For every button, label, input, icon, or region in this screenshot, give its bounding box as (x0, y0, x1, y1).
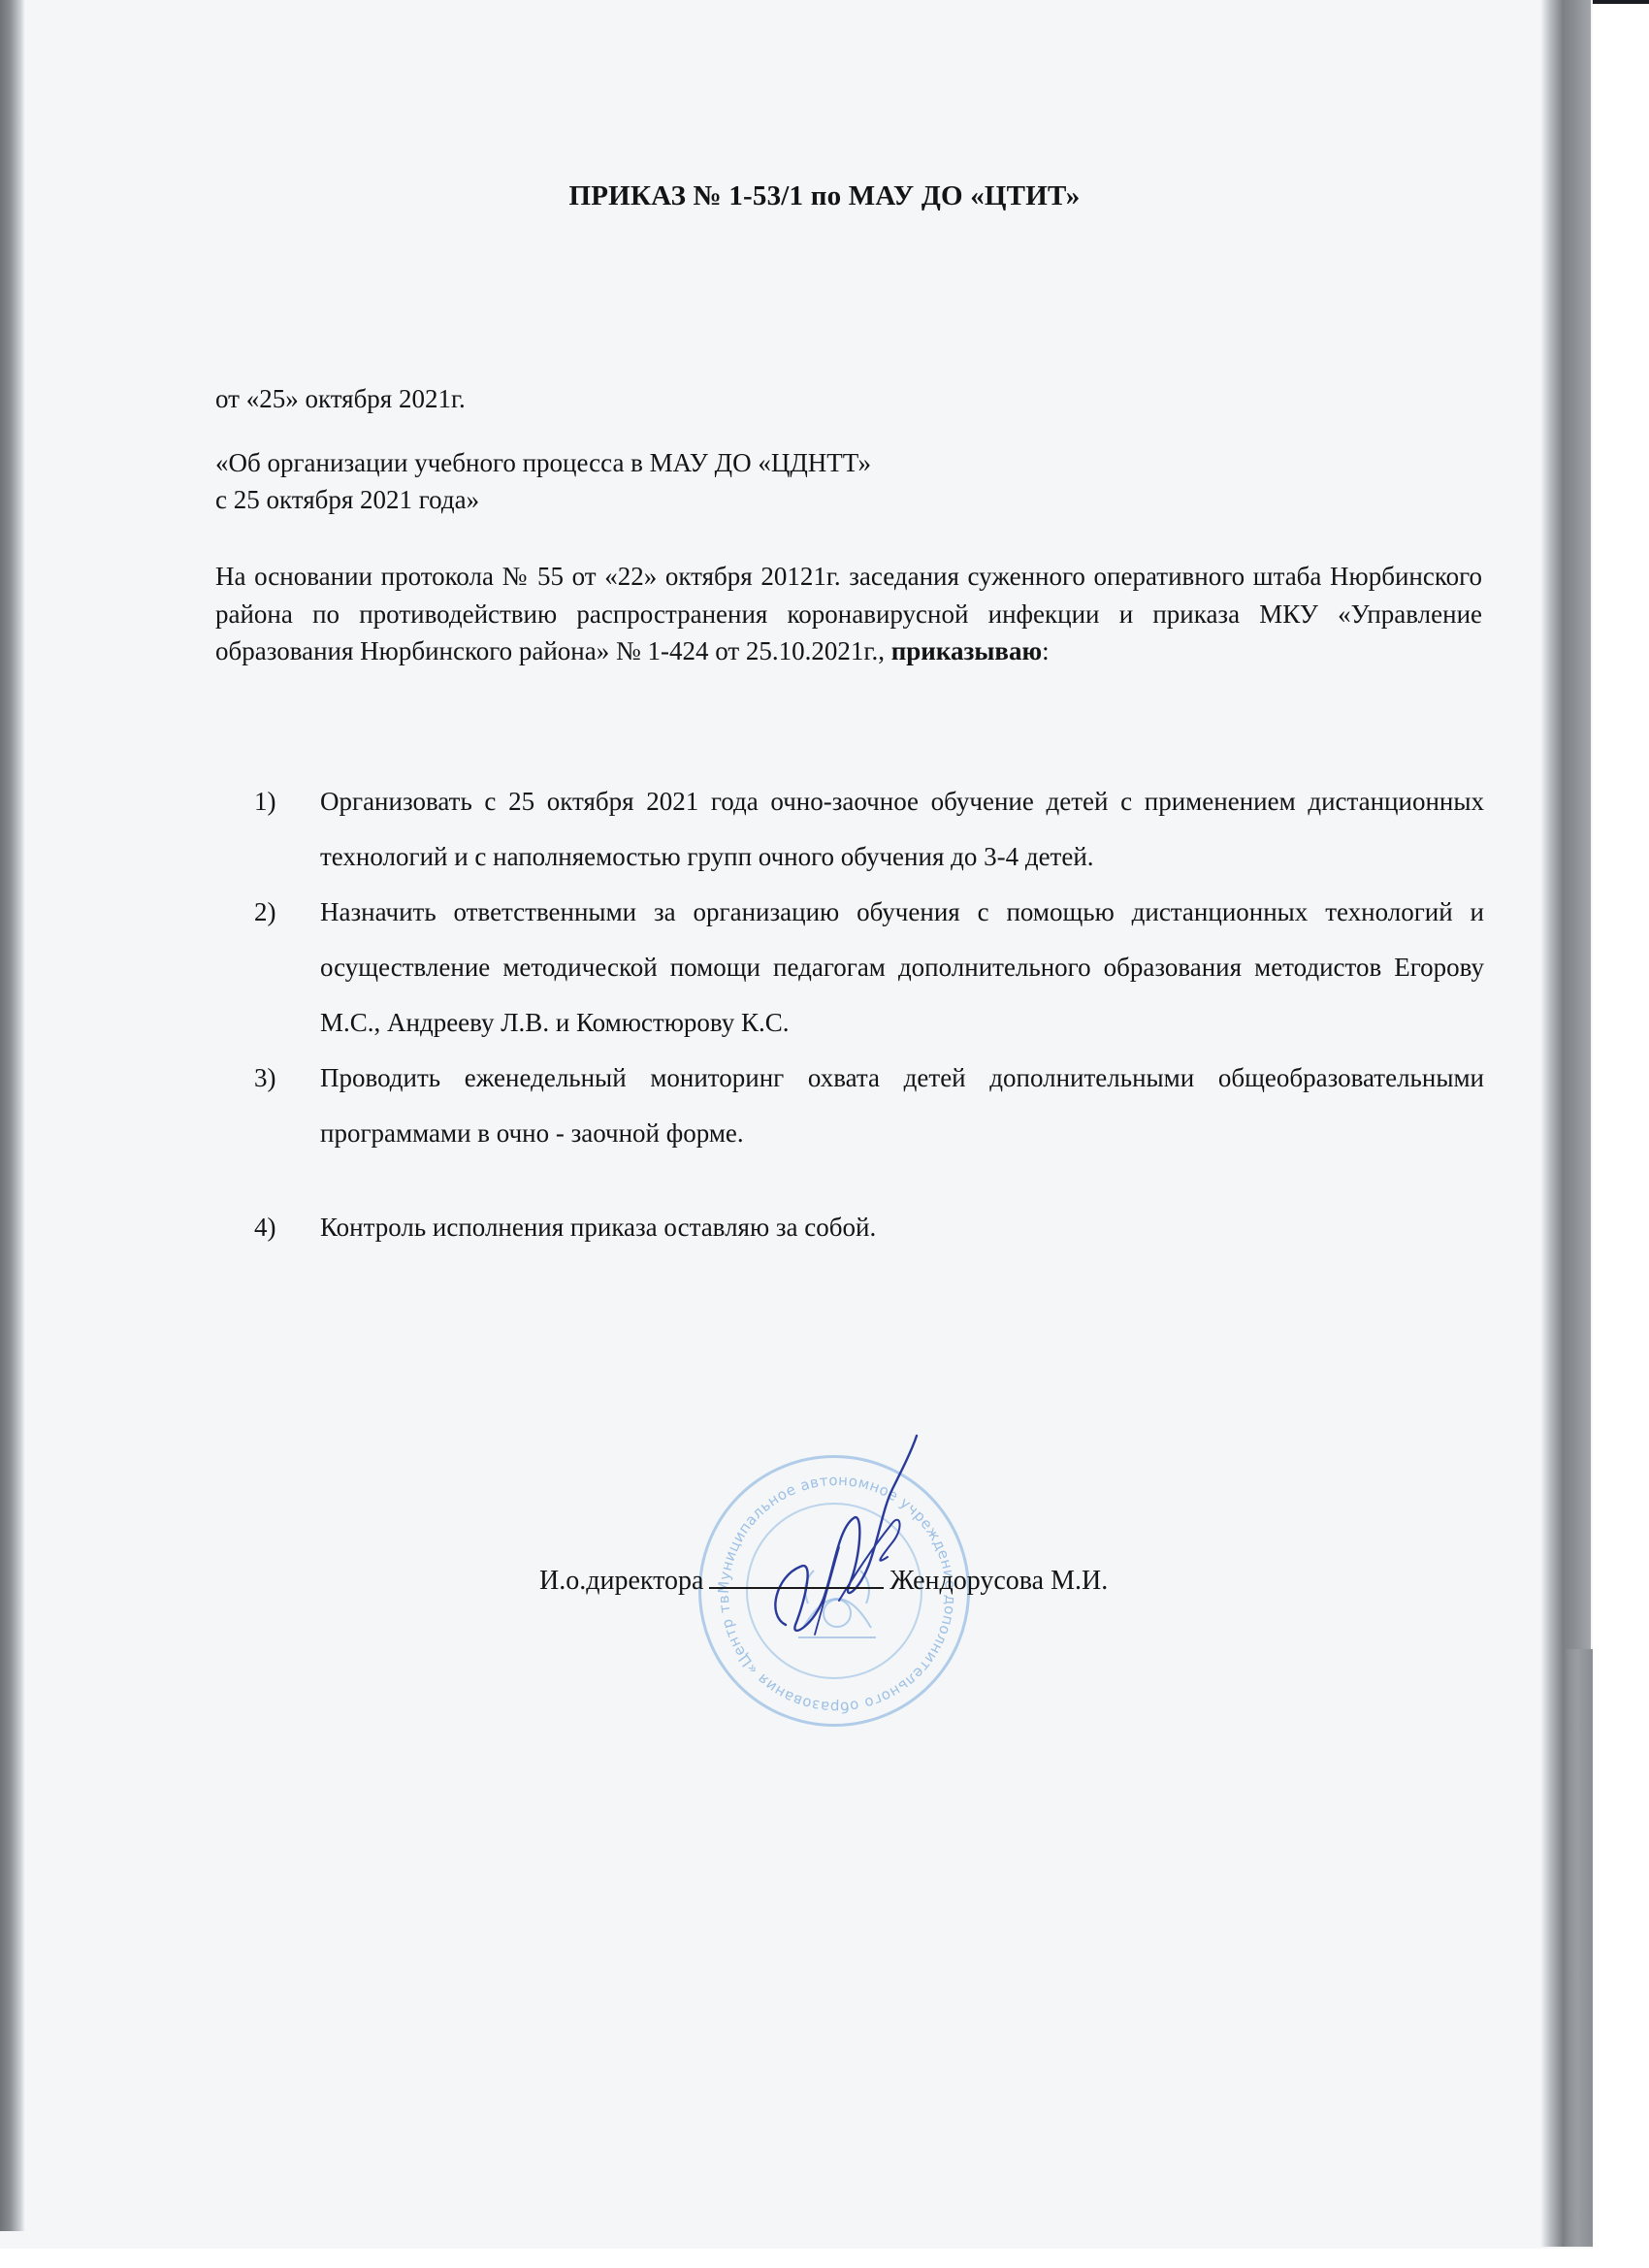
order-item-2: 2) Назначить ответственными за организац… (254, 885, 1484, 1051)
signature-icon (747, 1431, 941, 1664)
order-item-1: 1) Организовать с 25 октября 2021 года о… (254, 774, 1484, 885)
scan-shadow-left (0, 0, 25, 2231)
signature-line (709, 1562, 884, 1589)
order-items-list: 1) Организовать с 25 октября 2021 года о… (254, 774, 1484, 1255)
basis-text: На основании протокола № 55 от «22» октя… (215, 562, 1482, 665)
order-item-text: Назначить ответственными за организацию … (320, 897, 1484, 1037)
order-item-text: Контроль исполнения приказа оставляю за … (320, 1213, 876, 1242)
order-subject-line-1: «Об организации учебного процесса в МАУ … (215, 448, 871, 478)
signatory-name: Жендорусова М.И. (889, 1566, 1108, 1597)
order-item-4: 4) Контроль исполнения приказа оставляю … (254, 1200, 1484, 1255)
order-basis-paragraph: На основании протокола № 55 от «22» октя… (215, 558, 1482, 670)
basis-emphasis: приказываю (891, 636, 1042, 665)
scan-margin-right (1593, 0, 1649, 2268)
order-date: от «25» октября 2021г. (215, 384, 466, 414)
scan-shadow-right-lower (1564, 1649, 1593, 2247)
order-item-number: 2) (254, 885, 276, 940)
order-item-number: 3) (254, 1051, 276, 1106)
scanned-document-page: ПРИКАЗ № 1-53/1 по МАУ ДО «ЦТИТ» от «25»… (0, 0, 1649, 2268)
basis-tail: : (1042, 636, 1050, 665)
order-subject-line-2: с 25 октября 2021 года» (215, 485, 479, 515)
scan-margin-right-top (1593, 0, 1649, 4)
order-item-text: Проводить еженедельный мониторинг охвата… (320, 1063, 1484, 1148)
signature-block: И.о.директора Жендорусова М.И. (539, 1562, 1108, 1597)
order-item-text: Организовать с 25 октября 2021 года очно… (320, 787, 1484, 871)
order-item-number: 1) (254, 774, 276, 829)
order-title: ПРИКАЗ № 1-53/1 по МАУ ДО «ЦТИТ» (0, 180, 1649, 212)
order-item-number: 4) (254, 1200, 276, 1255)
scan-margin-bottom (0, 2249, 1649, 2268)
signatory-position: И.о.директора (539, 1566, 703, 1597)
order-item-3: 3) Проводить еженедельный мониторинг охв… (254, 1051, 1484, 1161)
